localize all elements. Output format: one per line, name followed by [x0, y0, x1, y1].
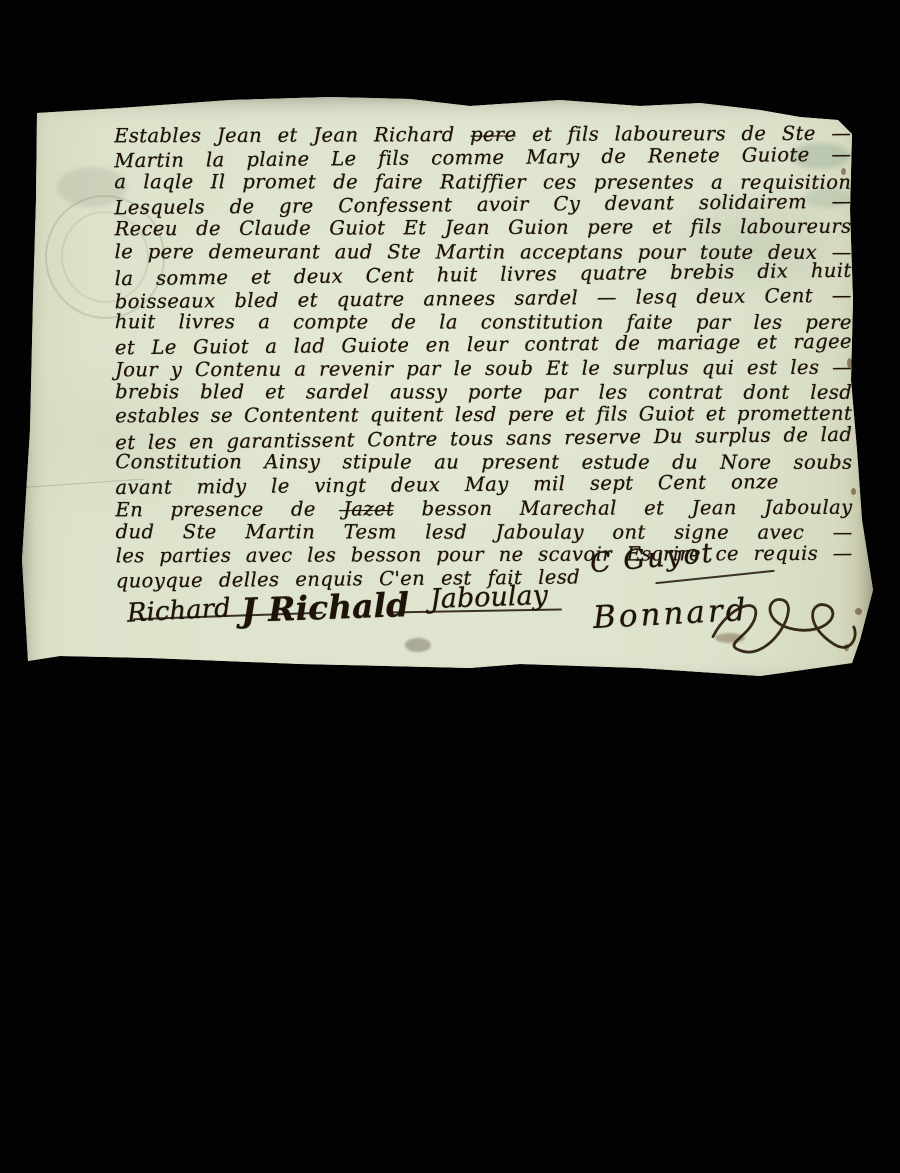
manuscript-line: brebis bled et sardel aussy porte par le…	[115, 380, 852, 404]
manuscript-line: Jour y Contenu a revenir par le soub Et …	[115, 355, 852, 381]
manuscript-text: Estables Jean et Jean Richard p̶e̶r̶e̶ e…	[114, 122, 853, 592]
ink-smudge	[405, 638, 431, 652]
signature-richard-fils: J Richald	[240, 585, 409, 630]
signature-jaboulay: Jaboulay	[429, 580, 548, 615]
manuscript-line: Receu de Claude Guiot Et Jean Guion pere…	[115, 215, 852, 241]
photo-black-background: Estables Jean et Jean Richard p̶e̶r̶e̶ e…	[0, 0, 900, 1173]
manuscript-line: dud Ste Martin Tesm lesd Jaboulay ont si…	[116, 520, 853, 544]
signature-richard-pere: Richard	[126, 593, 231, 628]
manuscript-paper: Estables Jean et Jean Richard p̶e̶r̶e̶ e…	[15, 88, 877, 694]
manuscript-line: En presence de J̶a̶z̶e̶t̶ besson Marecha…	[115, 495, 852, 521]
signature-paraph-icon	[705, 580, 865, 690]
manuscript-line: Martin la plaine Le fils comme Mary de R…	[114, 143, 851, 172]
manuscript-line: les parties avec les besson pour ne scav…	[116, 542, 853, 568]
